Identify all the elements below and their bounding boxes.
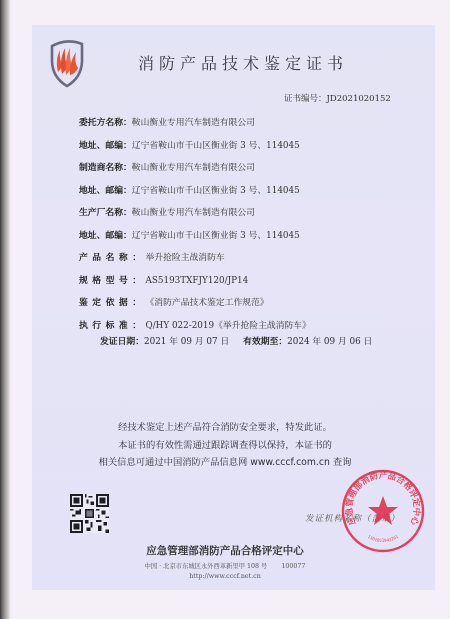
field-label: 地址、邮编： xyxy=(79,135,132,158)
field-row-basis: 鉴定依据：《消防产品技术鉴定工作规范》 xyxy=(79,292,409,315)
official-seal-icon: 应急管理部消防产品合格评定中心 1101051943261 xyxy=(340,468,426,554)
certificate-statement: 经技术鉴定上述产品符合消防安全要求，特发此证。 本证书的有效性需通过跟踪调查得以… xyxy=(0,419,450,472)
certificate-fields: 委托方名称：鞍山衡业专用汽车制造有限公司 地址、邮编：辽宁省鞍山市千山区衡业街 … xyxy=(79,112,409,337)
valid-until-label: 有效期至： xyxy=(243,337,287,347)
statement-line: 经技术鉴定上述产品符合消防安全要求，特发此证。 xyxy=(0,419,450,437)
field-value: 辽宁省鞍山市千山区衡业街 3 号、114045 xyxy=(132,141,300,151)
field-label: 制造商名称： xyxy=(79,157,132,180)
certificate-number-value: JD2021020152 xyxy=(327,94,391,104)
field-row-factory-address: 地址、邮编：辽宁省鞍山市千山区衡业街 3 号、114045 xyxy=(79,225,409,248)
field-value: 鞍山衡业专用汽车制造有限公司 xyxy=(132,208,255,218)
svg-text:1101051943261: 1101051943261 xyxy=(367,534,400,543)
field-label: 鉴定依据： xyxy=(79,292,146,315)
field-label: 规格型号： xyxy=(79,270,146,293)
issue-date-label: 发证日期： xyxy=(100,337,144,347)
field-value: 《消防产品技术鉴定工作规范》 xyxy=(146,298,269,308)
field-label: 地址、邮编： xyxy=(79,225,132,248)
issue-date: 2021 年 09 月 07 日 xyxy=(144,337,229,347)
field-row-product-name: 产品名称：举升抢险主战消防车 xyxy=(79,247,409,270)
issuer-url[interactable]: http://www.cccf.net.cn xyxy=(0,573,450,580)
field-label: 产品名称： xyxy=(79,247,146,270)
field-row-manufacturer: 制造商名称：鞍山衡业专用汽车制造有限公司 xyxy=(79,157,409,180)
issuer-postcode: 100077 xyxy=(281,563,305,570)
field-row-client-address: 地址、邮编：辽宁省鞍山市千山区衡业街 3 号、114045 xyxy=(79,135,409,158)
field-row-model: 规格型号：AS5193TXFJY120/JP14 xyxy=(79,270,409,293)
field-value: 举升抢险主战消防车 xyxy=(146,253,225,263)
field-label: 委托方名称： xyxy=(79,112,132,135)
field-row-factory: 生产厂名称：鞍山衡业专用汽车制造有限公司 xyxy=(79,202,409,225)
issuer-address-line: 中国 · 北京市东城区永外西革新里甲 108 号100077 xyxy=(0,561,450,570)
scan-edge xyxy=(0,0,10,619)
certificate-number-label: 证书编号： xyxy=(284,94,327,104)
field-value: 辽宁省鞍山市千山区衡业街 3 号、114045 xyxy=(132,231,300,241)
field-value: 辽宁省鞍山市千山区衡业街 3 号、114045 xyxy=(132,186,300,196)
valid-until: 2024 年 09 月 06 日 xyxy=(287,337,372,347)
field-label: 地址、邮编： xyxy=(79,180,132,203)
field-row-client: 委托方名称：鞍山衡业专用汽车制造有限公司 xyxy=(79,112,409,135)
field-value: 鞍山衡业专用汽车制造有限公司 xyxy=(132,163,255,173)
stamp-code: 1101051943261 xyxy=(367,534,400,543)
validity-dates: 发证日期：2021 年 09 月 07 日有效期至：2024 年 09 月 06… xyxy=(100,334,372,347)
issuer-name: 应急管理部消防产品合格评定中心 xyxy=(0,543,450,558)
field-value: Q/HY 022-2019《举升抢险主战消防车》 xyxy=(146,321,311,331)
certificate-title: 消防产品技术鉴定证书 xyxy=(0,51,450,74)
field-value: 鞍山衡业专用汽车制造有限公司 xyxy=(132,118,255,128)
field-value: AS5193TXFJY120/JP14 xyxy=(146,276,249,286)
field-label: 生产厂名称： xyxy=(79,202,132,225)
statement-line: 本证书的有效性需通过跟踪调查得以保持，本证书的 xyxy=(0,437,450,455)
issuer-address: 中国 · 北京市东城区永外西革新里甲 108 号 xyxy=(145,563,268,570)
field-row-manufacturer-address: 地址、邮编：辽宁省鞍山市千山区衡业街 3 号、114045 xyxy=(79,180,409,203)
qr-code-icon[interactable] xyxy=(70,494,109,533)
certificate-number: 证书编号：JD2021020152 xyxy=(284,92,391,104)
